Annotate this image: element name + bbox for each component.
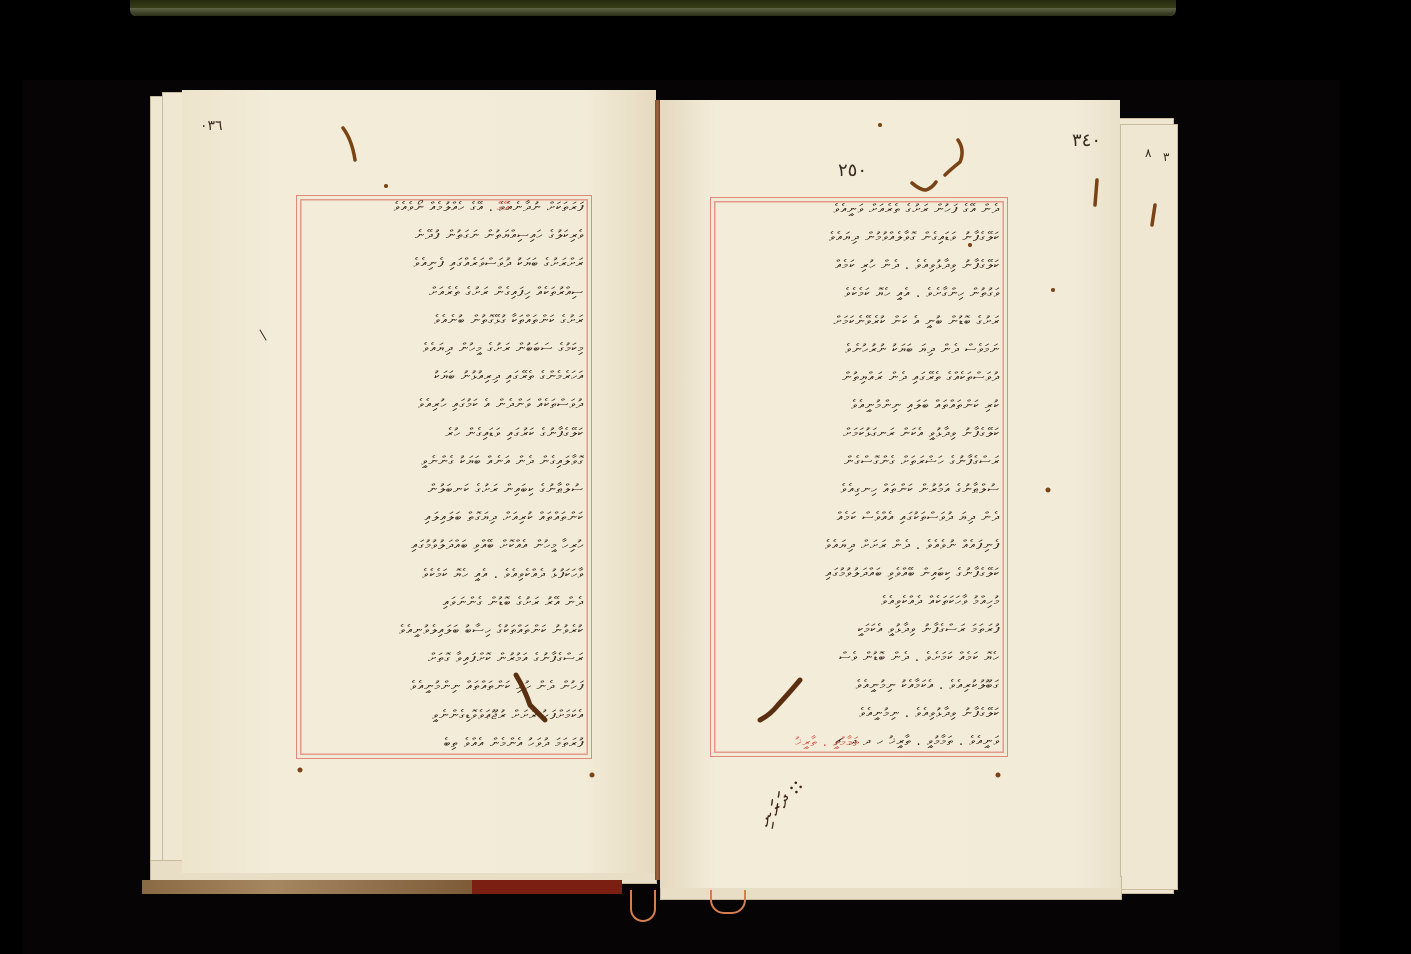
ink-stains <box>0 0 1411 954</box>
binding-thread <box>710 890 746 914</box>
binding-thread <box>630 890 656 922</box>
